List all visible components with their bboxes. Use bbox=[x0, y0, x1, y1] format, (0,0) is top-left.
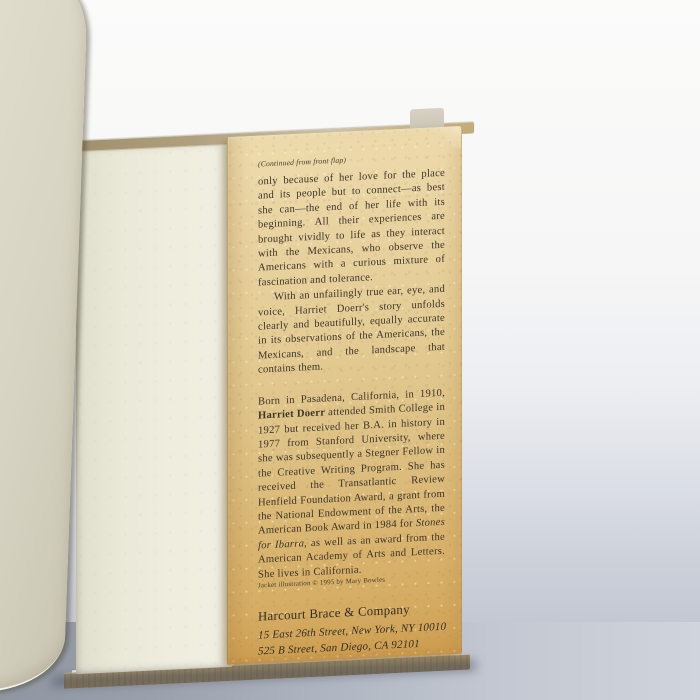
flap-continued-note: (Continued from front flap) bbox=[258, 151, 445, 169]
book-photo-scene: (Continued from front flap) only because… bbox=[0, 0, 700, 700]
dust-jacket-back-flap: (Continued from front flap) only because… bbox=[227, 126, 462, 665]
flap-paragraph: Born in Pasadena, California, in 1910, H… bbox=[258, 386, 445, 582]
flap-text-block: (Continued from front flap) only because… bbox=[228, 126, 461, 665]
book-endpaper-pages bbox=[76, 144, 232, 674]
flap-paragraph: With an unfailingly true ear, eye, and v… bbox=[258, 283, 445, 378]
open-book: (Continued from front flap) only because… bbox=[58, 125, 482, 700]
flap-paragraph: only because of her love for the place a… bbox=[258, 167, 445, 291]
flap-paragraphs: only because of her love for the place a… bbox=[258, 167, 445, 583]
publisher-block: Harcourt Brace & Company 15 East 26th St… bbox=[258, 601, 446, 660]
publisher-address: 15 East 26th Street, New York, NY 100105… bbox=[258, 619, 446, 660]
